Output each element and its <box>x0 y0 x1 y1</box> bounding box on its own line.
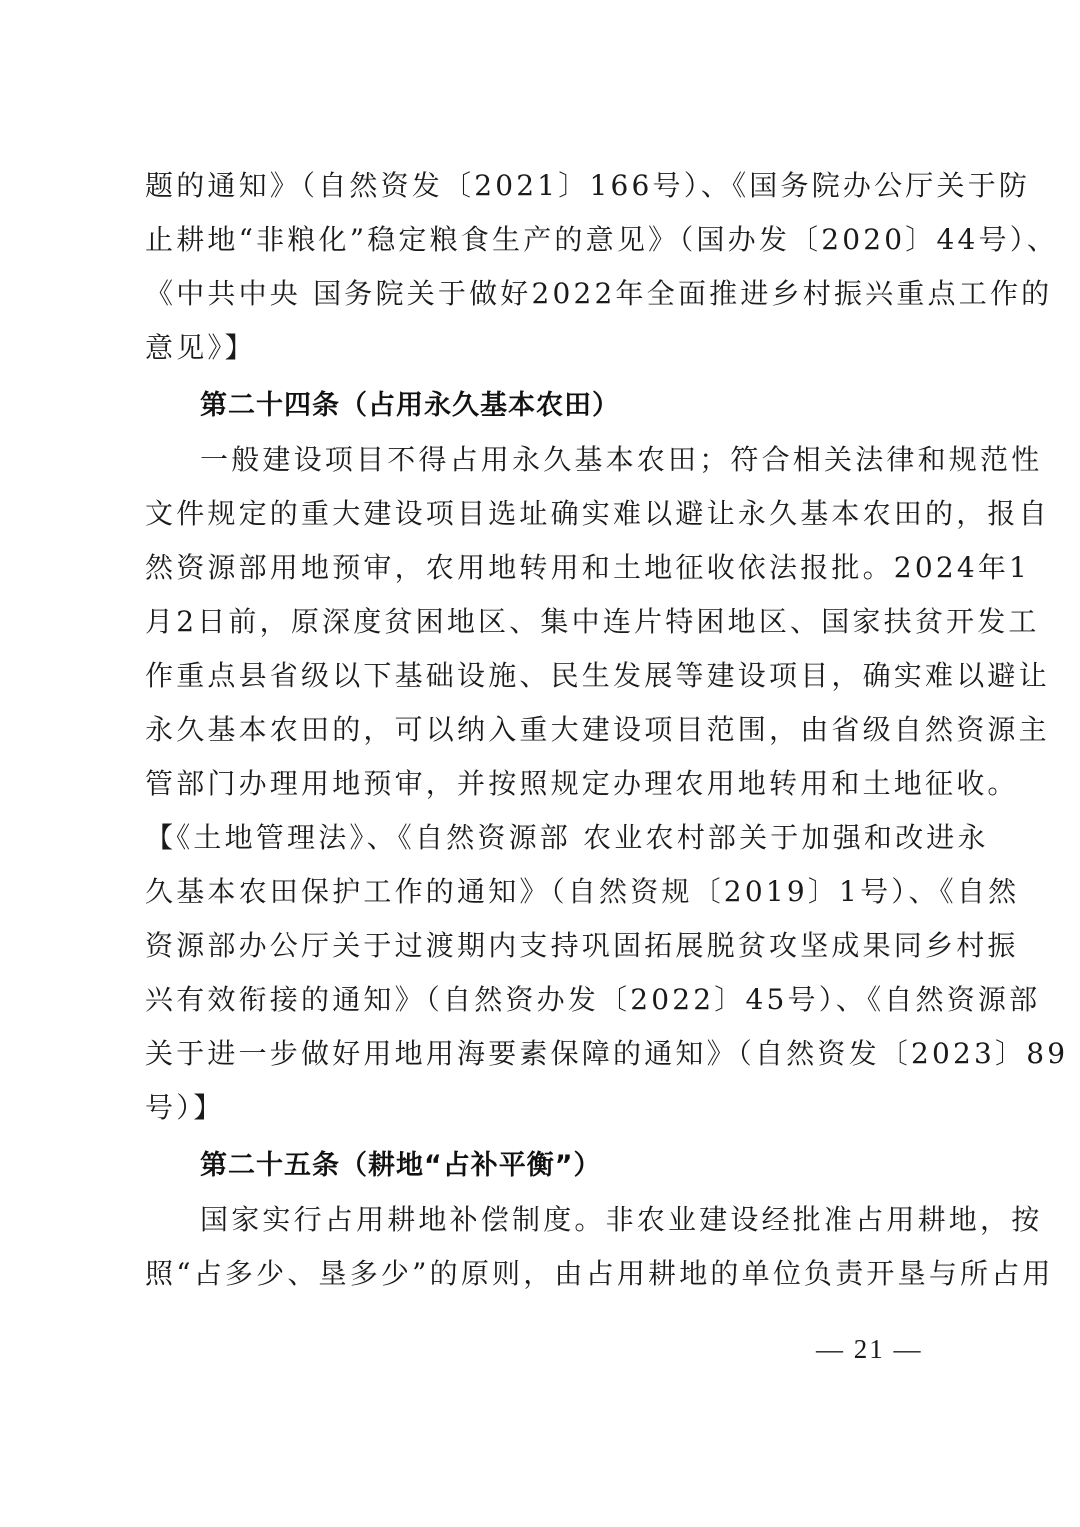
article-25-heading: 第二十五条（耕地“占补平衡”） <box>200 1148 602 1184</box>
citation-line: 久基本农田保护工作的通知》（自然资规〔2019〕1号）、《自然 <box>145 874 935 910</box>
body-text-line: 意见》】 <box>145 330 935 366</box>
body-text-line: 国家实行占用耕地补偿制度。非农业建设经批准占用耕地，按 <box>200 1202 935 1238</box>
citation-line: 【《土地管理法》、《自然资源部 农业农村部关于加强和改进永 <box>145 820 935 856</box>
citation-line: 资源部办公厅关于过渡期内支持巩固拓展脱贫攻坚成果同乡村振 <box>145 928 935 964</box>
body-text-line: 作重点县省级以下基础设施、民生发展等建设项目，确实难以避让 <box>145 658 935 694</box>
body-text-line: 永久基本农田的，可以纳入重大建设项目范围，由省级自然资源主 <box>145 712 935 748</box>
document-page: 题的通知》（自然资发〔2021〕166号）、《国务院办公厅关于防 止耕地“非粮化… <box>0 0 1080 1527</box>
body-text-line: 题的通知》（自然资发〔2021〕166号）、《国务院办公厅关于防 <box>145 168 935 204</box>
body-text-line: 文件规定的重大建设项目选址确实难以避让永久基本农田的，报自 <box>145 496 935 532</box>
body-text-line: 《中共中央 国务院关于做好2022年全面推进乡村振兴重点工作的 <box>145 276 935 312</box>
body-text-line: 止耕地“非粮化”稳定粮食生产的意见》（国办发〔2020〕44号）、 <box>145 222 935 258</box>
body-text-line: 管部门办理用地预审，并按照规定办理农用地转用和土地征收。 <box>145 766 935 802</box>
citation-line: 关于进一步做好用地用海要素保障的通知》（自然资发〔2023〕89 <box>145 1036 935 1072</box>
body-text-line: 一般建设项目不得占用永久基本农田；符合相关法律和规范性 <box>200 442 935 478</box>
body-text-line: 然资源部用地预审，农用地转用和土地征收依法报批。2024年1 <box>145 550 935 586</box>
citation-line: 兴有效衔接的通知》（自然资办发〔2022〕45号）、《自然资源部 <box>145 982 935 1018</box>
citation-line: 号）】 <box>145 1090 935 1126</box>
body-text-line: 照“占多少、垦多少”的原则，由占用耕地的单位负责开垦与所占用 <box>145 1256 935 1292</box>
page-number: — 21 — <box>816 1332 923 1366</box>
article-24-heading: 第二十四条（占用永久基本农田） <box>200 388 620 424</box>
body-text-line: 月2日前，原深度贫困地区、集中连片特困地区、国家扶贫开发工 <box>145 604 935 640</box>
